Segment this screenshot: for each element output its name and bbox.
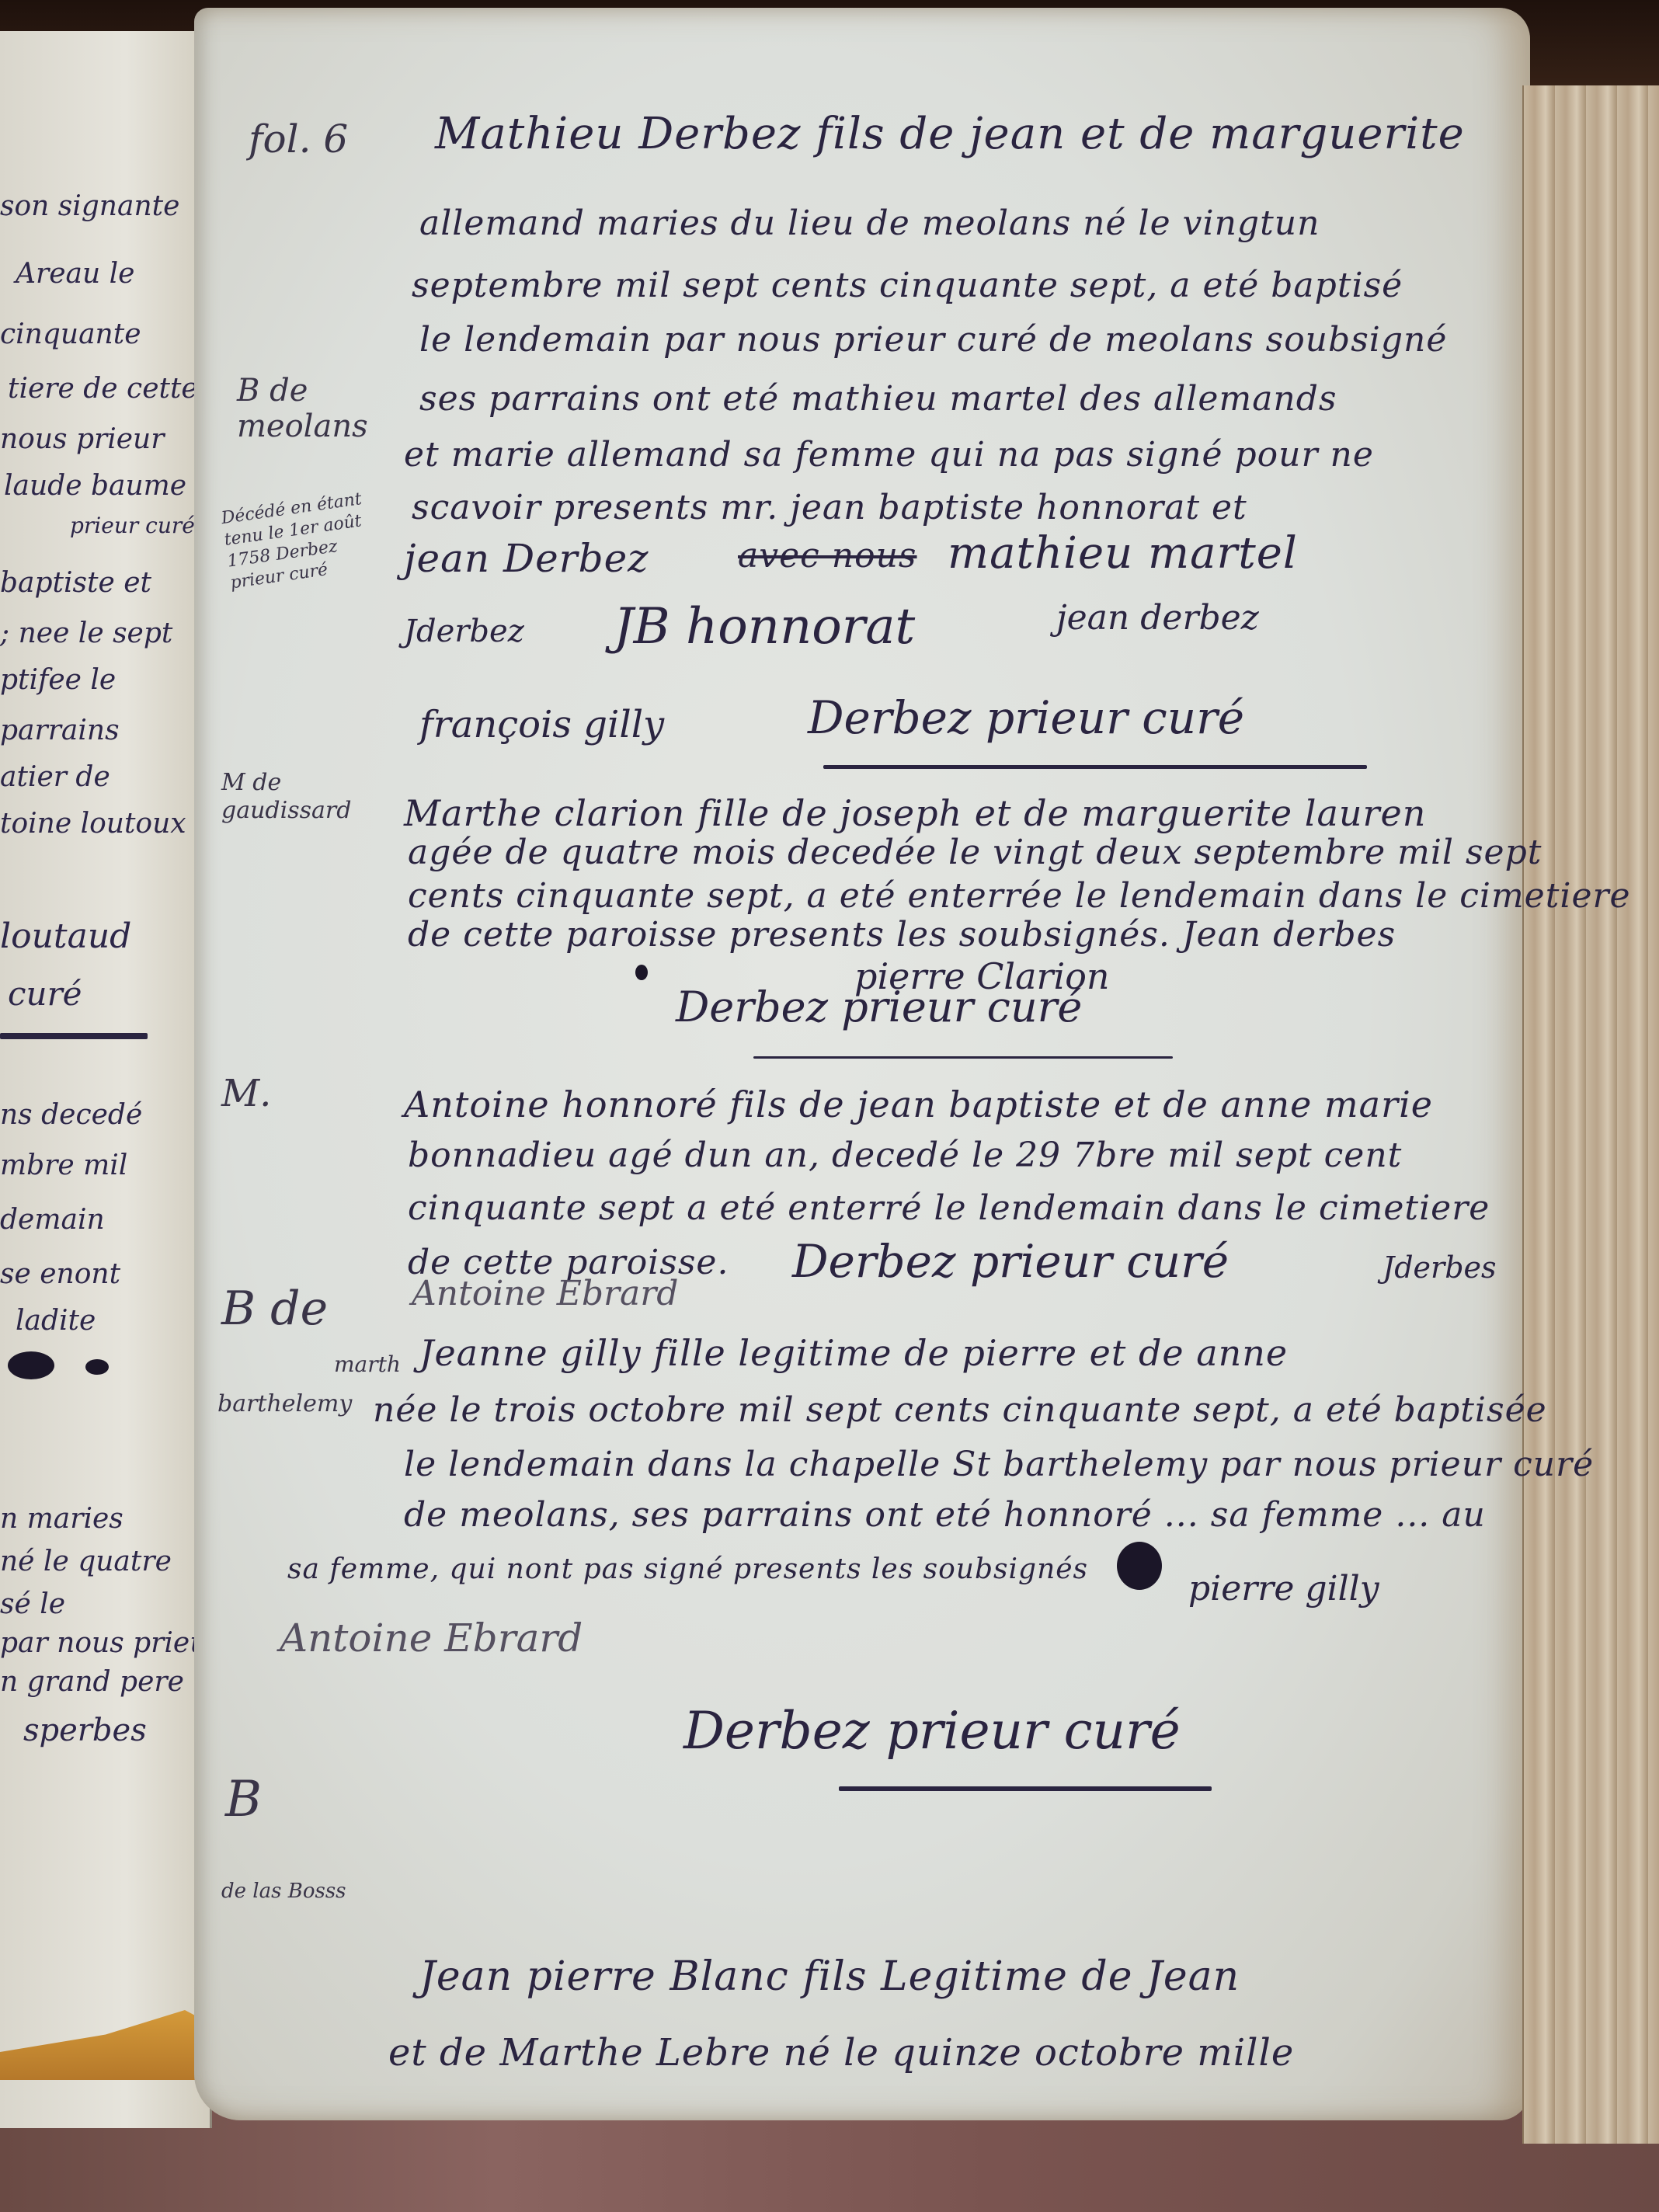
folio-number: fol. 6 [249, 117, 348, 162]
left-line: laude baume [4, 470, 186, 502]
entry-line: Mathieu Derbez fils de jean et de margue… [435, 109, 1465, 159]
entry-line: le lendemain par nous prieur curé de meo… [419, 320, 1447, 360]
entry-line: bonnadieu agé dun an, decedé le 29 7bre … [408, 1136, 1402, 1175]
margin-mark: B de meolans [237, 373, 338, 444]
left-line: mbre mil [0, 1149, 127, 1181]
entry-line: ses parrains ont eté mathieu martel des … [419, 379, 1337, 419]
left-line: Areau le [16, 258, 134, 290]
margin-mark: B [225, 1771, 262, 1828]
margin-mark: B de [221, 1282, 328, 1336]
divider-rule [0, 1033, 148, 1039]
entry-line: septembre mil sept cents cinquante sept,… [412, 266, 1403, 305]
ink-blot [85, 1359, 109, 1375]
entry-line: cents cinquante sept, a eté enterrée le … [408, 876, 1631, 916]
left-line: tiere de cette [8, 373, 198, 405]
left-line: n maries [0, 1503, 123, 1535]
left-line: son signante [0, 190, 179, 222]
left-line: curé [8, 975, 82, 1013]
margin-mark: M. [221, 1072, 271, 1115]
margin-mark: M de gaudissard [221, 769, 338, 825]
divider-rule [839, 1786, 1212, 1791]
left-line: se enont [0, 1258, 120, 1290]
divider-rule [753, 1056, 1173, 1059]
left-line: sé le [0, 1588, 65, 1620]
signature: Derbez prieur curé [683, 1701, 1181, 1761]
entry-line: mathieu martel [948, 528, 1298, 579]
ink-dot [635, 965, 648, 980]
page-edges [1522, 85, 1659, 2144]
left-line: demain [0, 1204, 105, 1236]
entry-line: et marie allemand sa femme qui na pas si… [404, 435, 1374, 475]
signature: Jderbez [404, 614, 524, 649]
entry-line: et de Marthe Lebre né le quinze octobre … [388, 2031, 1294, 2075]
left-page: son signante Areau le cinquante tiere de… [0, 31, 212, 2128]
signature: Derbez prieur curé [792, 1235, 1229, 1288]
left-line: par nous prieur [0, 1627, 221, 1659]
entry-line: née le trois octobre mil sept cents cinq… [373, 1390, 1547, 1430]
entry-line: Marthe clarion fille de joseph et de mar… [404, 792, 1426, 834]
entry-line: cinquante sept a eté enterré le lendemai… [408, 1188, 1490, 1228]
left-line: atier de [0, 761, 110, 793]
entry-line: agée de quatre mois decedée le vingt deu… [408, 833, 1542, 872]
entry-line: Jeanne gilly fille legitime de pierre et… [419, 1332, 1288, 1374]
left-line: nous prieur [0, 423, 164, 455]
ink-blot [1117, 1542, 1162, 1590]
entry-line: de cette paroisse presents les soubsigné… [408, 915, 1396, 955]
entry-line: de meolans, ses parrains ont eté honnoré… [404, 1495, 1486, 1535]
entry-line: scavoir presents mr. jean baptiste honno… [412, 488, 1247, 527]
entry-line: le lendemain dans la chapelle St barthel… [404, 1445, 1594, 1484]
signature: Derbez prieur curé [676, 983, 1082, 1031]
entry-line: sa femme, qui nont pas signé presents le… [287, 1553, 1088, 1585]
signature: françois gilly [419, 703, 664, 746]
divider-rule [823, 765, 1367, 769]
signature: Antoine Ebrard [412, 1274, 678, 1313]
photo-scene: son signante Areau le cinquante tiere de… [0, 0, 1659, 2212]
left-line: né le quatre [0, 1546, 172, 1577]
signature: Jderbes [1382, 1250, 1497, 1285]
left-line: ptifee le [0, 664, 116, 696]
signature: jean derbez [1056, 598, 1259, 638]
margin-mark: barthelemy [217, 1390, 352, 1417]
left-line: ; nee le sept [0, 617, 172, 649]
entry-line: allemand maries du lieu de meolans né le… [419, 203, 1320, 243]
margin-note: de las Bosss [221, 1880, 346, 1903]
margin-mark: marth [334, 1351, 401, 1377]
entry-line: Antoine honnoré fils de jean baptiste et… [404, 1083, 1433, 1125]
struck-text: avec nous [738, 536, 917, 576]
left-line: prieur curé [70, 513, 195, 538]
entry-line: jean Derbez [404, 536, 649, 581]
signature: JB honnorat [614, 598, 915, 656]
signature: Antoine Ebrard [280, 1616, 583, 1661]
signature: pierre gilly [1188, 1569, 1379, 1609]
signature: Derbez prieur curé [808, 691, 1244, 744]
left-line: ladite [16, 1305, 96, 1337]
left-line: sperbes [23, 1713, 147, 1748]
ink-blot [8, 1351, 54, 1379]
left-line: loutaud [0, 916, 131, 956]
left-line: cinquante [0, 318, 141, 350]
entry-line: Jean pierre Blanc fils Legitime de Jean [419, 1953, 1240, 2000]
left-line: n grand pere [0, 1666, 184, 1698]
left-line: toine loutoux [0, 808, 186, 840]
left-line: parrains [0, 715, 120, 746]
left-line: ns decedé [0, 1099, 142, 1131]
left-line: baptiste et [0, 567, 151, 599]
